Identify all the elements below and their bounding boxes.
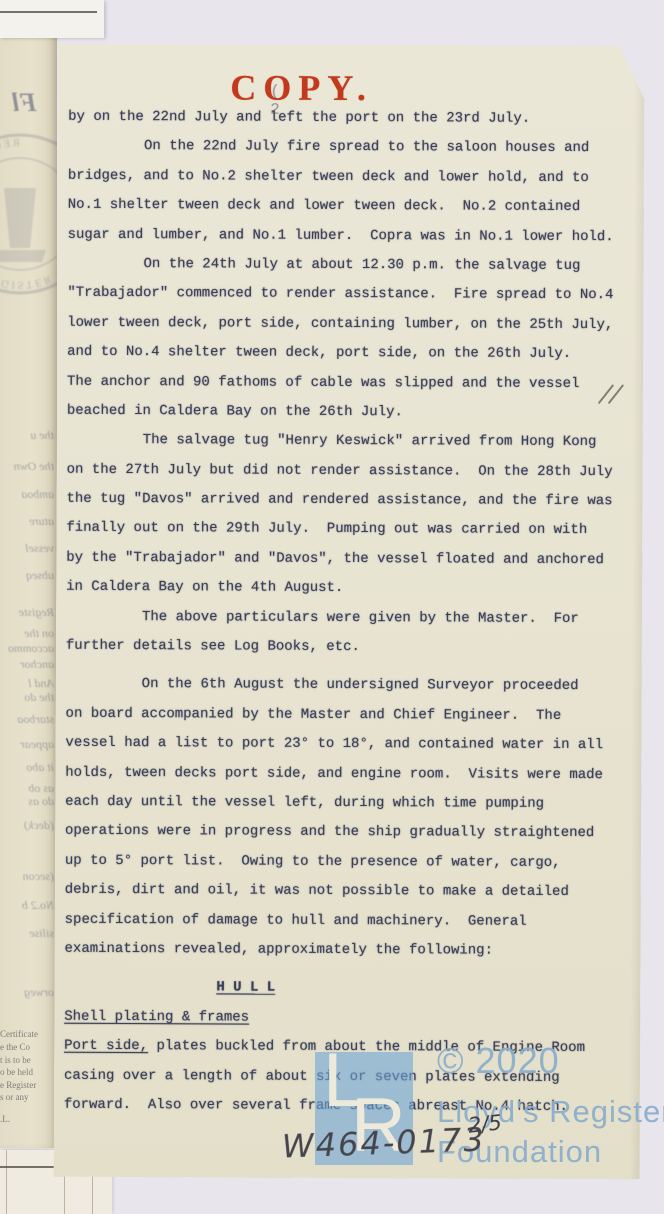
bleedthrough-fragment: No.2 b [22,898,54,913]
typed-line: forward. Also over several frame spaces … [64,1097,634,1129]
circular-seal-icon: REGISTER OF SHIPPING · REGISTER OF SHIPP… [0,128,57,300]
typed-line: examinations revealed, approximately the… [64,941,634,973]
bleedthrough-fragment: on the [24,626,54,641]
bleedthrough-fragment: Registe [19,605,54,620]
typed-line: specification of damage to hull and mach… [65,911,635,943]
bleedthrough-fragment: the do [24,690,54,705]
bleedthrough-fragment: (secon [23,869,54,884]
typed-line: The salvage tug "Henry Keswick" arrived … [67,432,637,464]
bleedthrough-fragment: (deck) [24,818,54,833]
typed-line: on the 27th July but did not render assi… [67,461,637,493]
copy-stamp: ( 2 COPY. [230,66,373,109]
bleedthrough-fragment: do as [28,794,54,809]
typed-line: lower tween deck, port side, containing … [67,315,637,347]
typed-line: bridges, and to No.2 shelter tween deck … [68,168,638,200]
typed-line: by on the 22nd July and left the port on… [68,109,638,141]
bleedthrough-fragment: orweg [24,985,54,1000]
typed-line: further details see Log Books, etc. [66,638,636,670]
typed-line: up to 5° port list. Owing to the presenc… [65,853,635,885]
bleedthrough-fragment: anchor [20,657,54,672]
pencil-tick-marks [595,382,629,408]
underlying-page-corner [0,0,104,38]
bleedthrough-fragment: Certificate [0,1029,38,1039]
bleedthrough-fragment: silise [29,926,54,941]
bleedthrough-fragment: starboa [17,712,54,727]
bleedthrough-fragment: .L. [0,1114,10,1124]
report-page: ( 2 COPY. by on the 22nd July and left t… [54,44,645,1180]
bleedthrough-fragment: t is to be [0,1055,31,1065]
typed-line: On the 6th August the undersigned Survey… [66,676,636,708]
bleedthrough-fragment: appear [20,737,54,752]
bleedthrough-fragment: the u [30,428,54,443]
typed-line: the tug "Davos" arrived and rendered ass… [66,491,636,523]
typed-line: holds, tween decks port side, and engine… [65,764,635,796]
typed-line: by the "Trabajador" and "Davos", the ves… [66,550,636,582]
bleedthrough-fragment: it abo [26,760,54,775]
bleedthrough-fragment: vessel [25,541,54,556]
typed-text-body: by on the 22nd July and left the port on… [64,109,638,1129]
typed-line: "Trabajador" commenced to render assista… [67,285,637,317]
bleedthrough-fragment: s or any [0,1092,29,1102]
typed-line: casing over a length of about six or sev… [64,1067,634,1099]
bleedthrough-fragment: ubseq [26,568,54,583]
section-heading: H U L L [64,979,634,1011]
ruled-line [6,1150,7,1214]
bleedthrough-fragment: e the Co [0,1042,30,1052]
bleedthrough-fragment: ature [29,514,54,529]
bleedthrough-fragment: amboa [21,487,54,502]
typed-line: beached in Caldera Bay on the 26th July. [67,403,637,435]
bleedthrough-fragment: the Own [14,459,54,474]
typed-line: in Caldera Bay on the 4th August. [66,579,636,611]
handwritten-page-fraction: 2/5 [467,1110,503,1137]
typed-line: each day until the vessel left, during w… [65,794,635,826]
bleedthrough-fragment: accommo [8,641,54,656]
scanned-document: Fl REGISTER OF SHIPPING · REGISTER OF SH… [0,0,664,1214]
typed-line: on board accompanied by the Master and C… [65,706,635,738]
typed-line: debris, dirt and oil, it was not possibl… [65,882,635,914]
typed-line: and to No.4 shelter tween deck, port sid… [67,344,637,376]
bleedthrough-fragment: And l [28,676,54,691]
typed-line: The above particulars were given by the … [66,608,636,640]
typed-line: The anchor and 90 fathoms of cable was s… [67,373,637,405]
bleedthrough-fragment: e Register [0,1080,36,1090]
typed-line: vessel had a list to port 23° to 18°, an… [65,735,635,767]
typed-line: On the 24th July at about 12.30 p.m. the… [67,256,637,288]
typed-line: finally out on the 29th July. Pumping ou… [66,520,636,552]
typed-line: sugar and lumber, and No.1 lumber. Copra… [68,226,638,258]
typed-line: Port side, plates buckled from about the… [64,1038,634,1070]
bleedthrough-fragment: o be held [0,1067,33,1077]
typed-line: operations were in progress and the ship… [65,823,635,855]
folded-page-edge: Fl REGISTER OF SHIPPING · REGISTER OF SH… [0,36,57,1148]
typed-line: No.1 shelter tween deck and lower tween … [68,197,638,229]
ruled-line [0,11,97,13]
bleedthrough-initial: Fl [12,88,37,118]
handwritten-reference: W464-0173 [281,1120,486,1165]
typed-line: On the 22nd July fire spread to the salo… [68,138,638,170]
typed-line: Shell plating & frames [64,1008,634,1040]
